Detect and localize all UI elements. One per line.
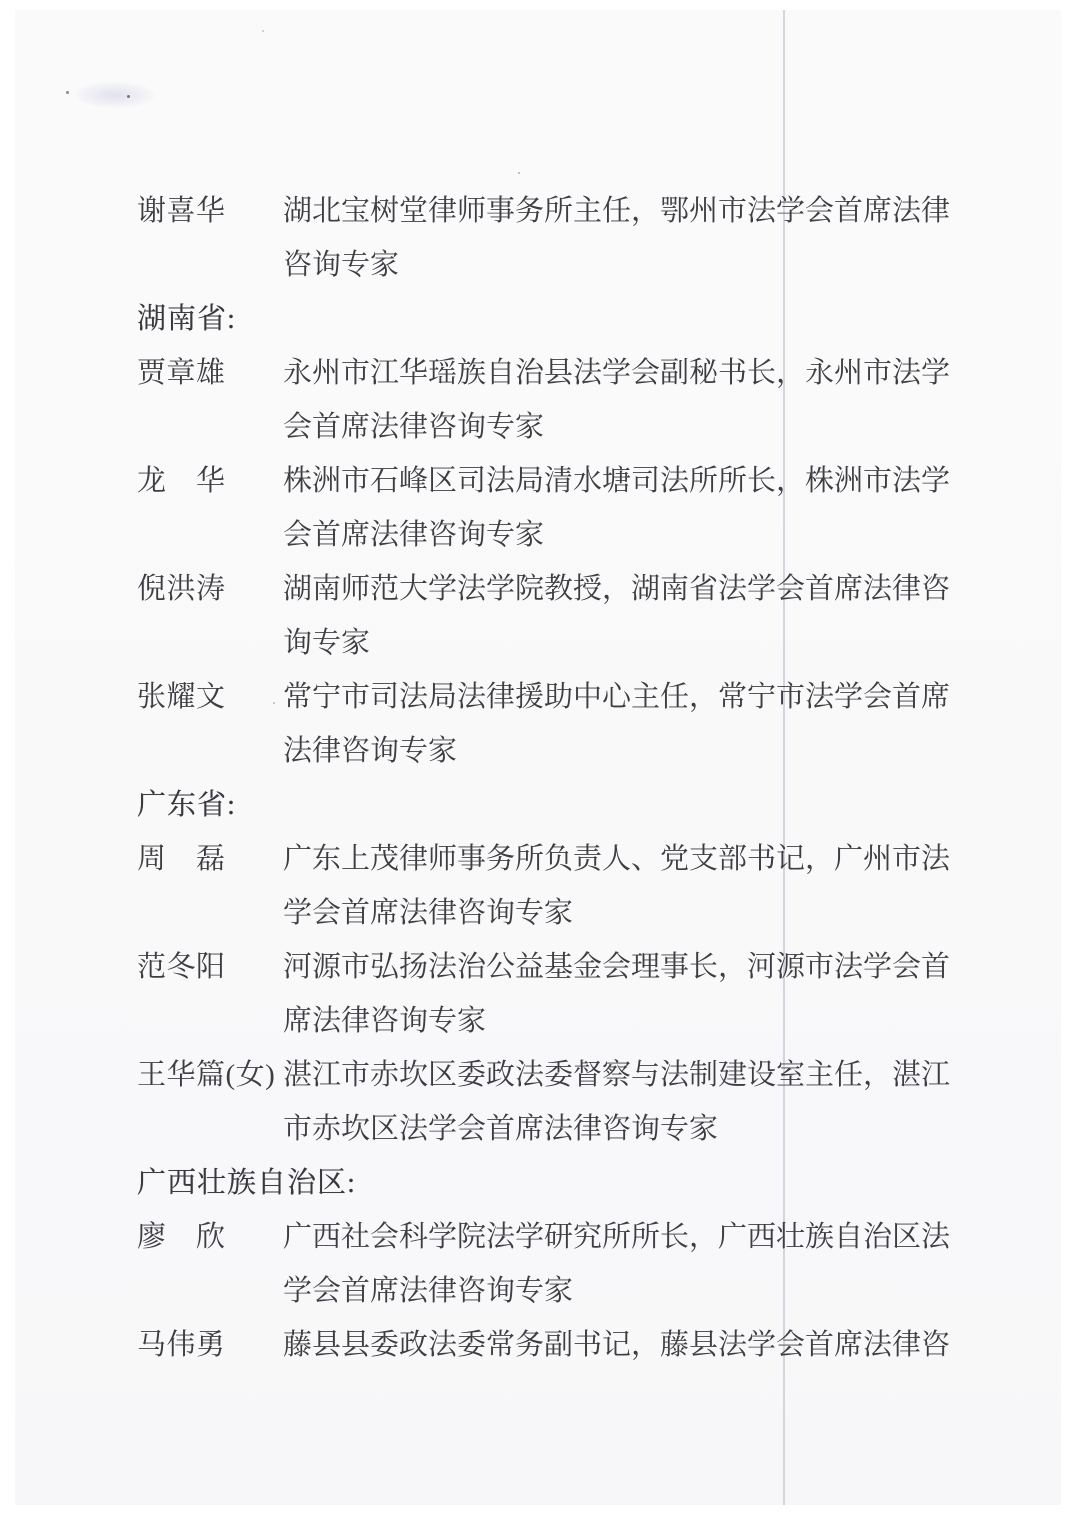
expert-entry: 龙 华 株洲市石峰区司法局清水塘司法所所长，株洲市法学会首席法律咨询专家: [137, 454, 967, 562]
expert-description: 广东上茂律师事务所负责人、党支部书记，广州市法学会首席法律咨询专家: [283, 832, 954, 940]
expert-description: 永州市江华瑶族自治县法学会副秘书长，永州市法学会首席法律咨询专家: [283, 346, 954, 454]
expert-description: 株洲市石峰区司法局清水塘司法所所长，株洲市法学会首席法律咨询专家: [283, 454, 954, 562]
expert-entry: 马伟勇 藤县县委政法委常务副书记，藤县法学会首席法律咨: [137, 1318, 967, 1372]
expert-description: 常宁市司法局法律援助中心主任，常宁市法学会首席法律咨询专家: [283, 670, 954, 778]
expert-name: 廖 欣: [137, 1210, 283, 1264]
expert-entry: 周 磊 广东上茂律师事务所负责人、党支部书记，广州市法学会首席法律咨询专家: [137, 832, 967, 940]
section-heading-guangxi: 广西壮族自治区:: [137, 1156, 967, 1210]
document-page: 谢喜华 湖北宝树堂律师事务所主任，鄂州市法学会首席法律咨询专家 湖南省: 贾章雄…: [15, 10, 1061, 1505]
scanned-document: 谢喜华 湖北宝树堂律师事务所主任，鄂州市法学会首席法律咨询专家 湖南省: 贾章雄…: [0, 0, 1080, 1522]
expert-entry: 谢喜华 湖北宝树堂律师事务所主任，鄂州市法学会首席法律咨询专家: [137, 184, 967, 292]
expert-description: 湖北宝树堂律师事务所主任，鄂州市法学会首席法律咨询专家: [283, 184, 954, 292]
scan-speck: [262, 30, 264, 32]
expert-entry: 贾章雄 永州市江华瑶族自治县法学会副秘书长，永州市法学会首席法律咨询专家: [137, 346, 967, 454]
scan-smudge: [75, 82, 155, 108]
expert-name: 张耀文: [137, 670, 283, 724]
expert-name: 马伟勇: [137, 1318, 283, 1372]
expert-description: 河源市弘扬法治公益基金会理事长，河源市法学会首席法律咨询专家: [283, 940, 954, 1048]
expert-name: 龙 华: [137, 454, 283, 508]
section-heading-hunan: 湖南省:: [137, 292, 967, 346]
expert-name: 倪洪涛: [137, 562, 283, 616]
expert-entry: 范冬阳 河源市弘扬法治公益基金会理事长，河源市法学会首席法律咨询专家: [137, 940, 967, 1048]
expert-description: 湛江市赤坎区委政法委督察与法制建设室主任，湛江市赤坎区法学会首席法律咨询专家: [283, 1048, 954, 1156]
expert-entry: 张耀文 常宁市司法局法律援助中心主任，常宁市法学会首席法律咨询专家: [137, 670, 967, 778]
scan-speck: [518, 172, 520, 174]
expert-name: 周 磊: [137, 832, 283, 886]
expert-entry: 廖 欣 广西社会科学院法学研究所所长，广西壮族自治区法学会首席法律咨询专家: [137, 1210, 967, 1318]
expert-name: 范冬阳: [137, 940, 283, 994]
expert-name: 贾章雄: [137, 346, 283, 400]
expert-description: 广西社会科学院法学研究所所长，广西壮族自治区法学会首席法律咨询专家: [283, 1210, 954, 1318]
scan-speck: [127, 95, 130, 98]
expert-description: 湖南师范大学法学院教授，湖南省法学会首席法律咨询专家: [283, 562, 954, 670]
expert-entry: 王华篇(女) 湛江市赤坎区委政法委督察与法制建设室主任，湛江市赤坎区法学会首席法…: [137, 1048, 967, 1156]
expert-name: 王华篇(女): [137, 1048, 283, 1102]
expert-entry: 倪洪涛 湖南师范大学法学院教授，湖南省法学会首席法律咨询专家: [137, 562, 967, 670]
scan-speck: [66, 91, 69, 94]
expert-description: 藤县县委政法委常务副书记，藤县法学会首席法律咨: [283, 1318, 954, 1372]
expert-list: 谢喜华 湖北宝树堂律师事务所主任，鄂州市法学会首席法律咨询专家 湖南省: 贾章雄…: [137, 184, 967, 1372]
expert-name: 谢喜华: [137, 184, 283, 238]
section-heading-guangdong: 广东省:: [137, 778, 967, 832]
